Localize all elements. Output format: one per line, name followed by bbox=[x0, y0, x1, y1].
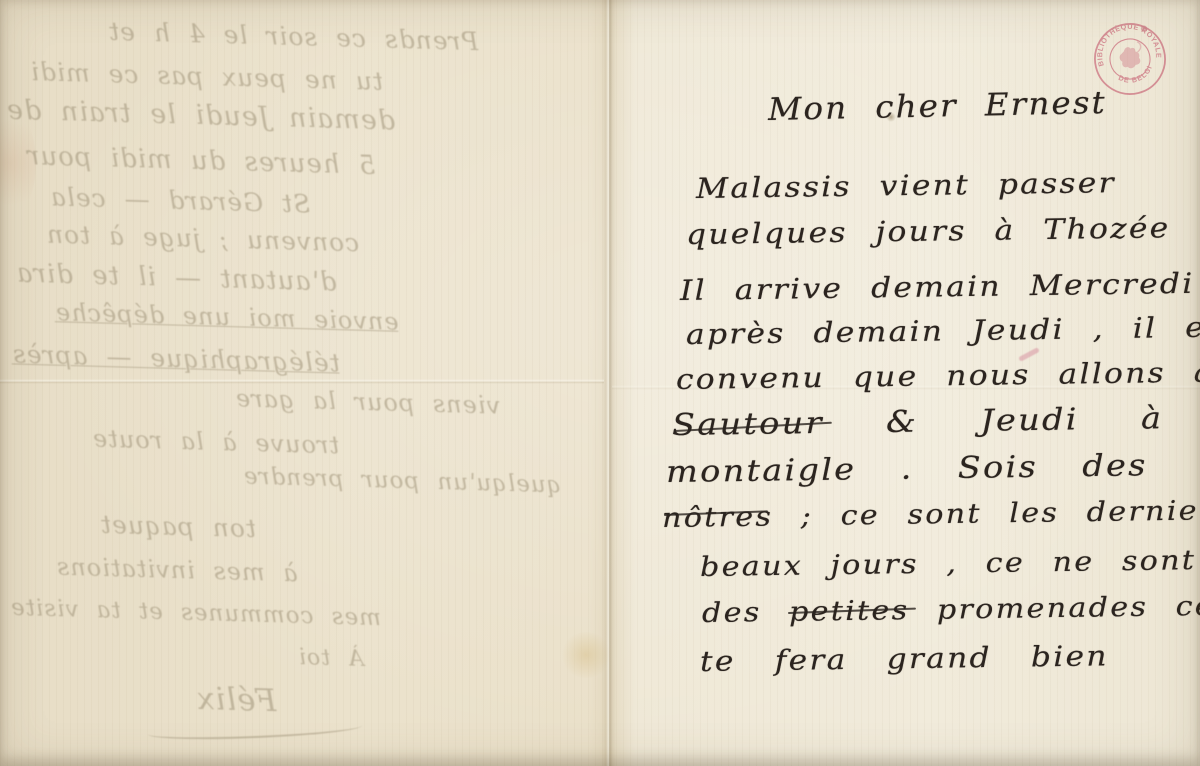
bleedthrough-line: 5 heures du midi pour bbox=[26, 141, 376, 181]
bleedthrough-line: d'autant — il te dira bbox=[16, 259, 337, 298]
library-stamp: BIBLIOTHÈQUE ROYALE DE BELGIQUE bbox=[1083, 12, 1177, 106]
letter-line: Il arrive demain Mercredi bbox=[680, 267, 1195, 307]
letter-line: nôtres ; ce sont les derniers bbox=[662, 495, 1200, 534]
signature-flourish bbox=[148, 718, 362, 741]
letter-line: Malassis vient passer bbox=[696, 166, 1116, 205]
bleedthrough-line: télégraphique — après bbox=[12, 339, 341, 377]
letter-line: Sautour & Jeudi à bbox=[672, 401, 1164, 443]
letter-line: montaigle . Sois des bbox=[666, 448, 1148, 490]
letter-line: te fera grand bien bbox=[700, 639, 1109, 678]
paper-stain bbox=[560, 632, 612, 678]
stamp-lion-icon bbox=[1118, 45, 1142, 71]
bleedthrough-line: tu ne peux pas ce midi bbox=[30, 57, 384, 96]
bleedthrough-line: envoie moi une dépêche bbox=[55, 298, 399, 336]
bleedthrough-line: convenu ; juge à ton bbox=[46, 220, 360, 258]
bleedthrough-line: Prends ce soir le 4 h et bbox=[108, 17, 479, 56]
bleedthrough-line: St Gérard — cela bbox=[50, 182, 311, 218]
bleedthrough-line: quelqu'un pour prendre bbox=[243, 464, 562, 499]
bleedthrough-signature: Félix bbox=[196, 681, 277, 719]
horizontal-crease-left bbox=[0, 379, 604, 384]
salutation: Mon cher Ernest bbox=[768, 85, 1108, 128]
letter-line: des petites promenades cela bbox=[702, 590, 1200, 629]
center-fold-crease bbox=[602, 0, 616, 766]
bleedthrough-line: à mes invitations bbox=[56, 553, 298, 588]
letter-line: beaux jours , ce ne sont que bbox=[700, 544, 1200, 583]
bleedthrough-line: mes communes et ta visite bbox=[10, 595, 382, 631]
bleedthrough-line: viens pour la gare bbox=[235, 384, 501, 419]
letter-scan: Prends ce soir le 4 h et tu ne peux pas … bbox=[0, 0, 1200, 766]
letter-line: convenu que nous allons à bbox=[676, 355, 1200, 396]
bleedthrough-line: demain Jeudi le train de bbox=[6, 95, 396, 137]
bleedthrough-line: trouve à la route bbox=[92, 425, 340, 460]
letter-line: après demain Jeudi , il est bbox=[686, 310, 1200, 351]
letter-line: quelques jours à Thozée . bbox=[686, 211, 1200, 251]
bleedthrough-closing: À toi bbox=[298, 645, 365, 672]
bleedthrough-line: ton paquet bbox=[100, 510, 257, 543]
